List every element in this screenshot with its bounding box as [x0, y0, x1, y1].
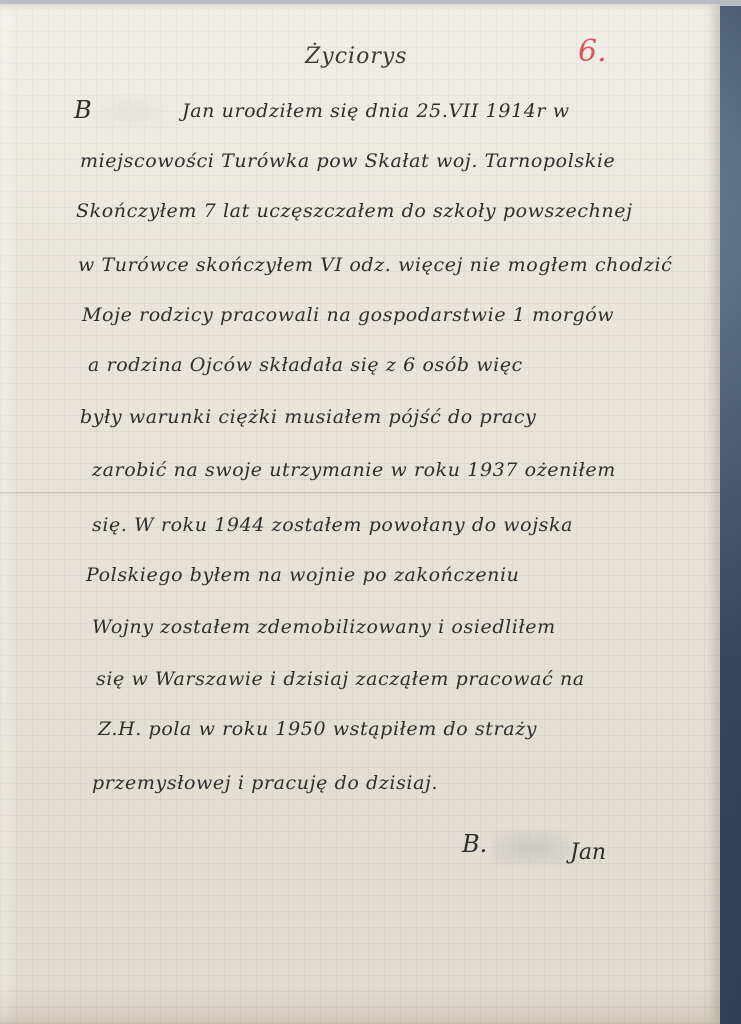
text-line-10: Polskiego byłem na wojnie po zakończeniu: [86, 564, 520, 586]
text-line-3: Skończyłem 7 lat uczęszczałem do szkoły …: [76, 200, 633, 222]
text-line-5: Moje rodzicy pracowali na gospodarstwie …: [82, 304, 614, 326]
text-line-9: się. W roku 1944 zostałem powołany do wo…: [92, 514, 573, 536]
text-line-6: a rodzina Ojców składała się z 6 osób wi…: [88, 354, 523, 376]
signature-redaction-blur: [492, 830, 572, 866]
redaction-blur: [96, 96, 166, 128]
text-line-8: zarobić na swoje utrzymanie w roku 1937 …: [92, 459, 616, 481]
text-line-1: Jan urodziłem się dnia 25.VII 1914r w: [182, 100, 570, 122]
signature-name: Jan: [570, 840, 606, 865]
text-line-4: w Turówce skończyłem VI odz. więcej nie …: [78, 254, 672, 276]
text-line-14: przemysłowej i pracuję do dzisiaj.: [92, 772, 438, 794]
text-line-13: Z.H. pola w roku 1950 wstąpiłem do straż…: [98, 718, 537, 740]
opening-initial: B: [74, 96, 92, 124]
text-line-11: Wojny zostałem zdemobilizowany i osiedli…: [92, 616, 556, 638]
text-line-2: miejscowości Turówka pow Skałat woj. Tar…: [80, 150, 615, 172]
page-number: 6.: [578, 34, 607, 69]
handwritten-page: 6. Życiorys B Jan urodziłem się dnia 25.…: [0, 4, 720, 1024]
text-line-12: się w Warszawie i dzisiaj zacząłem praco…: [96, 668, 585, 690]
signature-initial: B.: [462, 830, 487, 858]
text-line-7: były warunki ciężki musiałem pójść do pr…: [80, 406, 536, 428]
document-title: Życiorys: [305, 44, 408, 69]
paper-fold: [0, 492, 720, 495]
paper-stain: [0, 984, 720, 1024]
